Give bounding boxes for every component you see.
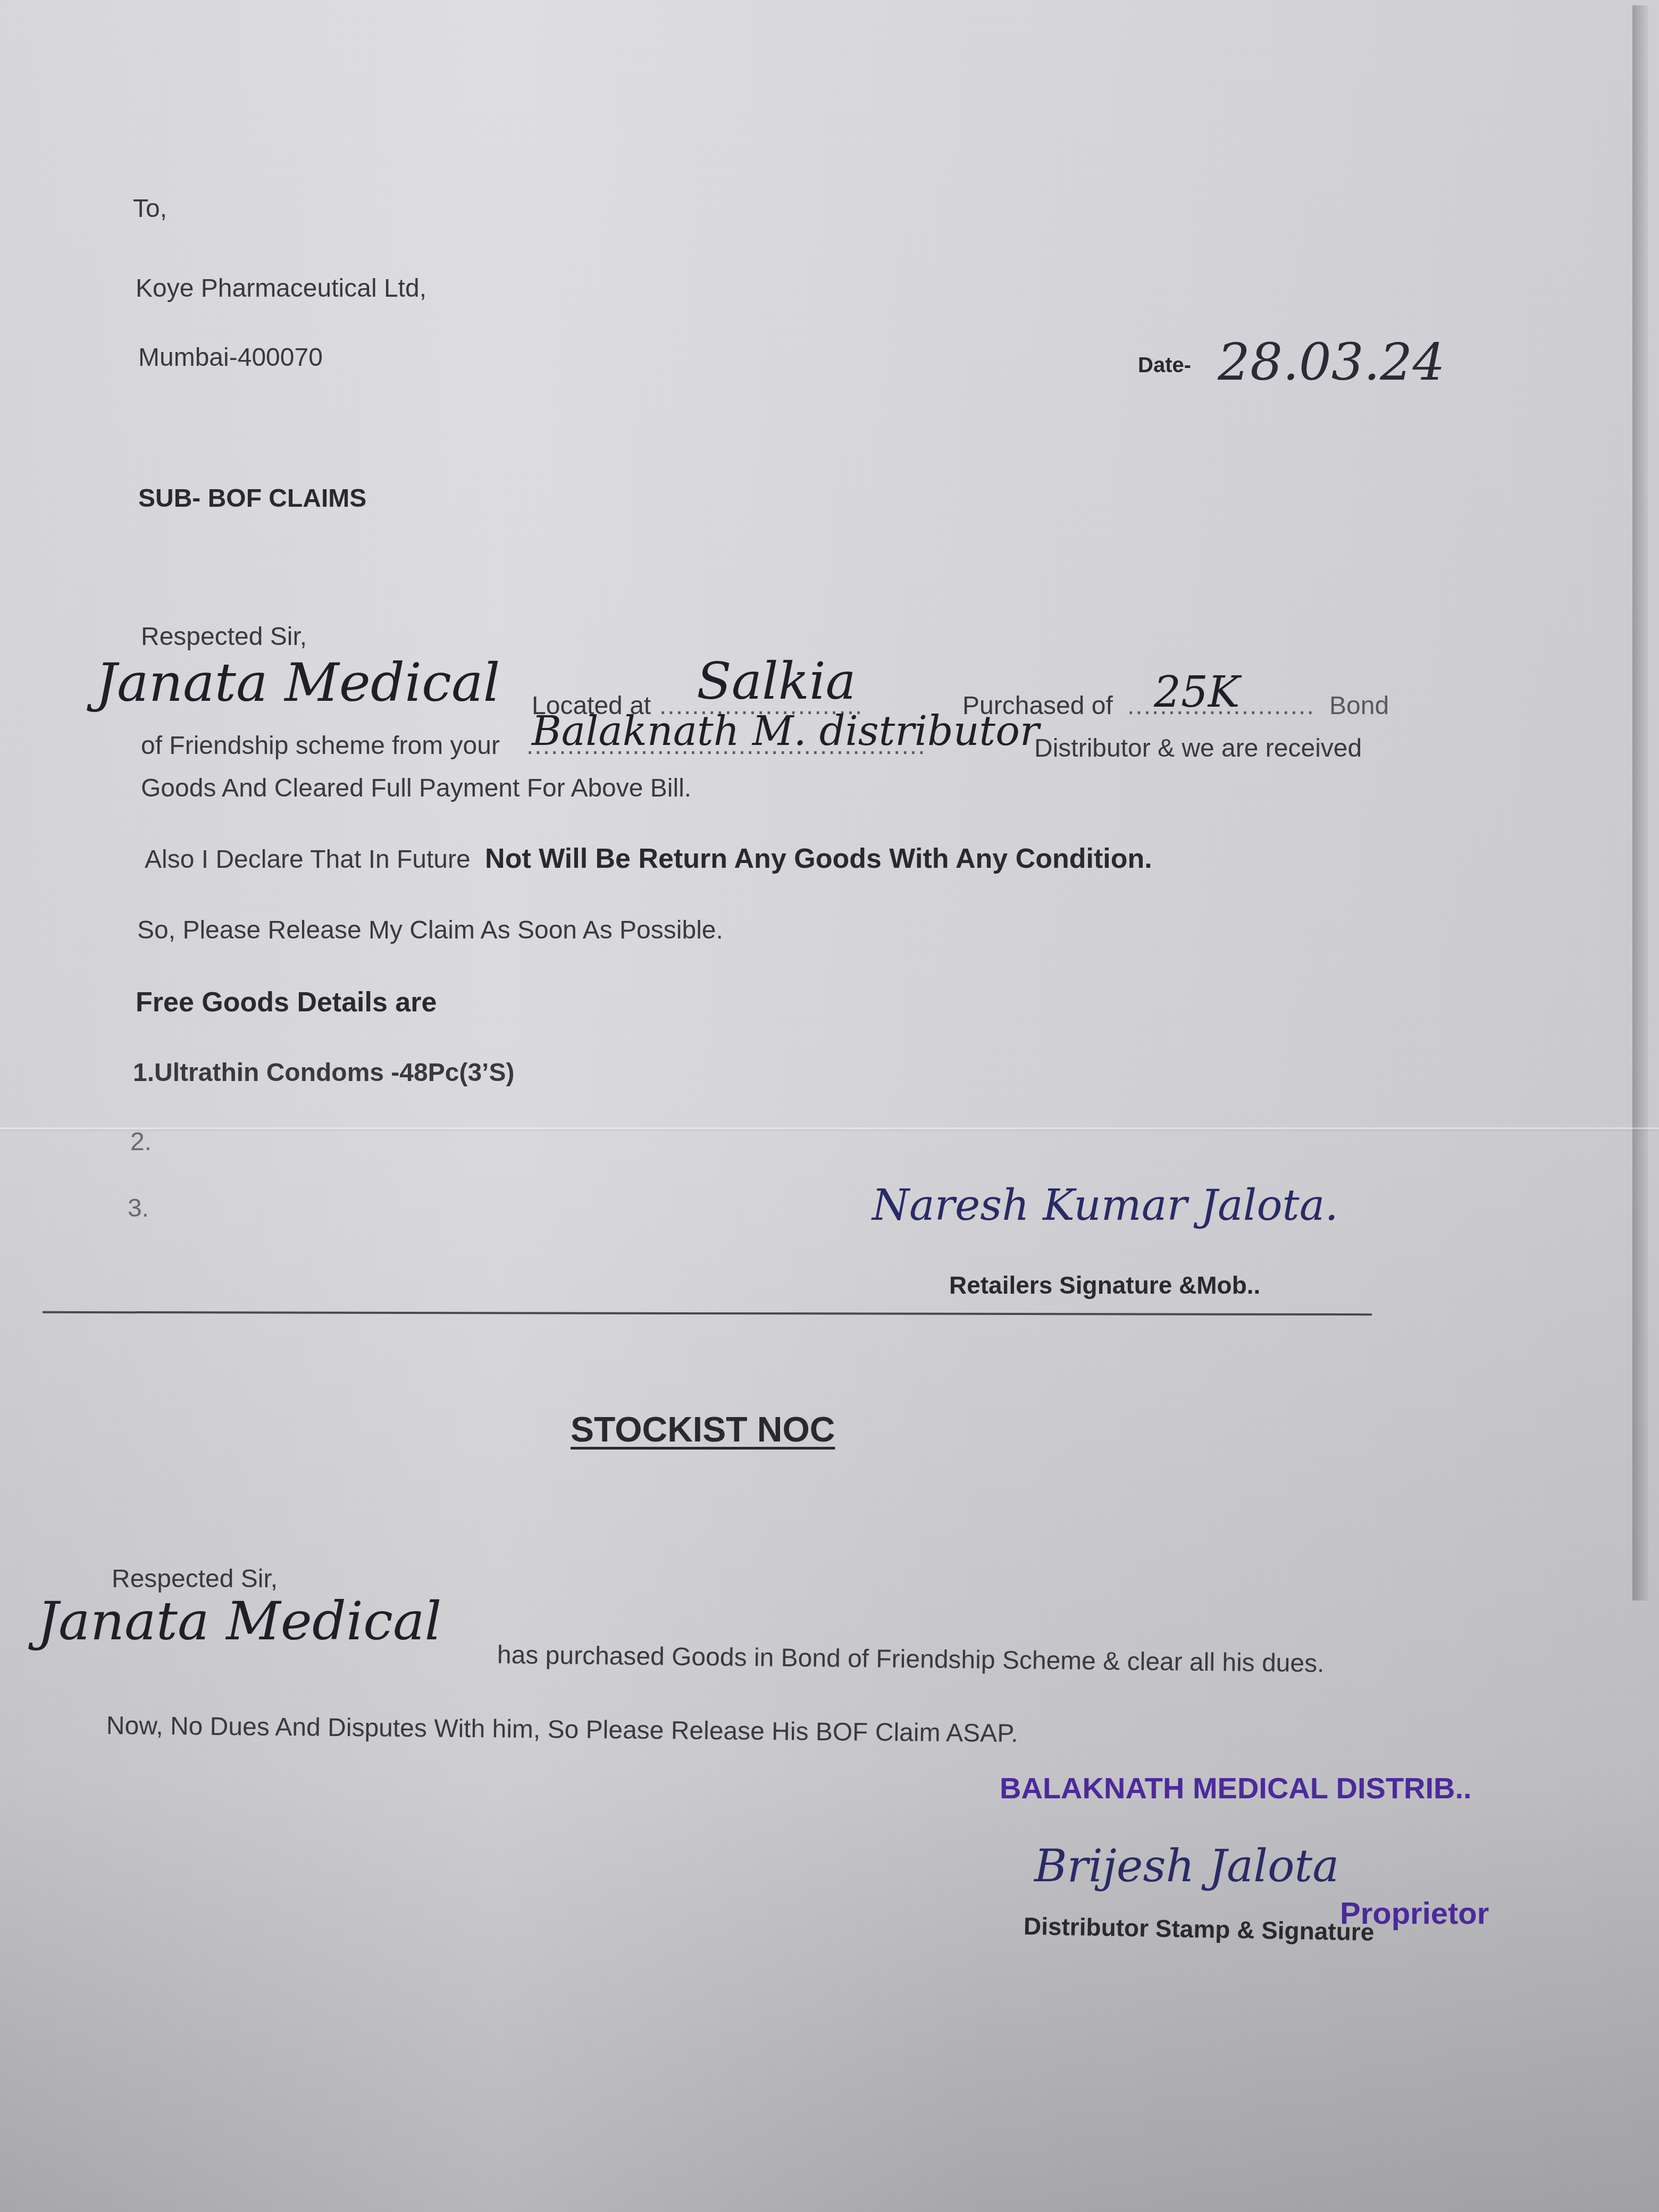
document-page: To, Koye Pharmaceutical Ltd, Mumbai-4000… — [0, 0, 1659, 2212]
bond-text: Bond — [1329, 691, 1389, 720]
friendship-scheme-text: of Friendship scheme from your — [141, 731, 500, 760]
subject-line: SUB- BOF CLAIMS — [138, 484, 366, 513]
noc-salutation: Respected Sir, — [112, 1564, 278, 1594]
distributor-received-text: Distributor & we are received — [1034, 734, 1362, 763]
free-goods-item-1: 1.Ultrathin Condoms -48Pc(3’S) — [133, 1058, 514, 1087]
to-label: To, — [133, 194, 167, 223]
distributor-stamp-name: BALAKNATH MEDICAL DISTRIB.. — [1000, 1771, 1472, 1805]
salutation: Respected Sir, — [141, 622, 307, 651]
goods-cleared-text: Goods And Cleared Full Payment For Above… — [141, 774, 691, 803]
release-request: So, Please Release My Claim As Soon As P… — [137, 916, 723, 945]
date-label: Date- — [1138, 354, 1191, 378]
distributor-signature-label: Distributor Stamp & Signature — [1024, 1912, 1375, 1946]
purchase-amount-handwritten: 25K — [1154, 667, 1240, 717]
free-goods-heading: Free Goods Details are — [136, 986, 437, 1018]
retailer-signature: Naresh Kumar Jalota. — [872, 1180, 1338, 1230]
location-handwritten: Salkia — [697, 651, 856, 711]
stockist-noc-heading: STOCKIST NOC — [571, 1409, 835, 1449]
declaration-line: Also I Declare That In Future Not Will B… — [145, 843, 1152, 875]
page-edge-shadow — [1632, 5, 1648, 1601]
distributor-signature: Brijesh Jalota — [1034, 1840, 1339, 1892]
retailer-name-handwritten: Janata Medical — [96, 651, 500, 714]
noc-retailer-name-handwritten: Janata Medical — [37, 1590, 442, 1652]
free-goods-item-3: 3. — [128, 1194, 149, 1223]
company-city: Mumbai-400070 — [138, 343, 323, 372]
declaration-prefix: Also I Declare That In Future — [145, 845, 471, 874]
distributor-name-handwritten: Balaknath M. distributor — [532, 707, 1039, 755]
date-value: 28.03.24 — [1218, 332, 1445, 392]
retailer-signature-label: Retailers Signature &Mob.. — [949, 1271, 1260, 1300]
free-goods-item-2: 2. — [130, 1127, 152, 1157]
noc-release-text: Now, No Dues And Disputes With him, So P… — [106, 1711, 1018, 1748]
section-divider — [43, 1311, 1372, 1316]
paper-fold — [0, 1127, 1659, 1129]
declaration-bold: Not Will Be Return Any Goods With Any Co… — [485, 843, 1152, 874]
company-name: Koye Pharmaceutical Ltd, — [136, 274, 426, 303]
noc-purchase-text: has purchased Goods in Bond of Friendshi… — [497, 1640, 1325, 1678]
